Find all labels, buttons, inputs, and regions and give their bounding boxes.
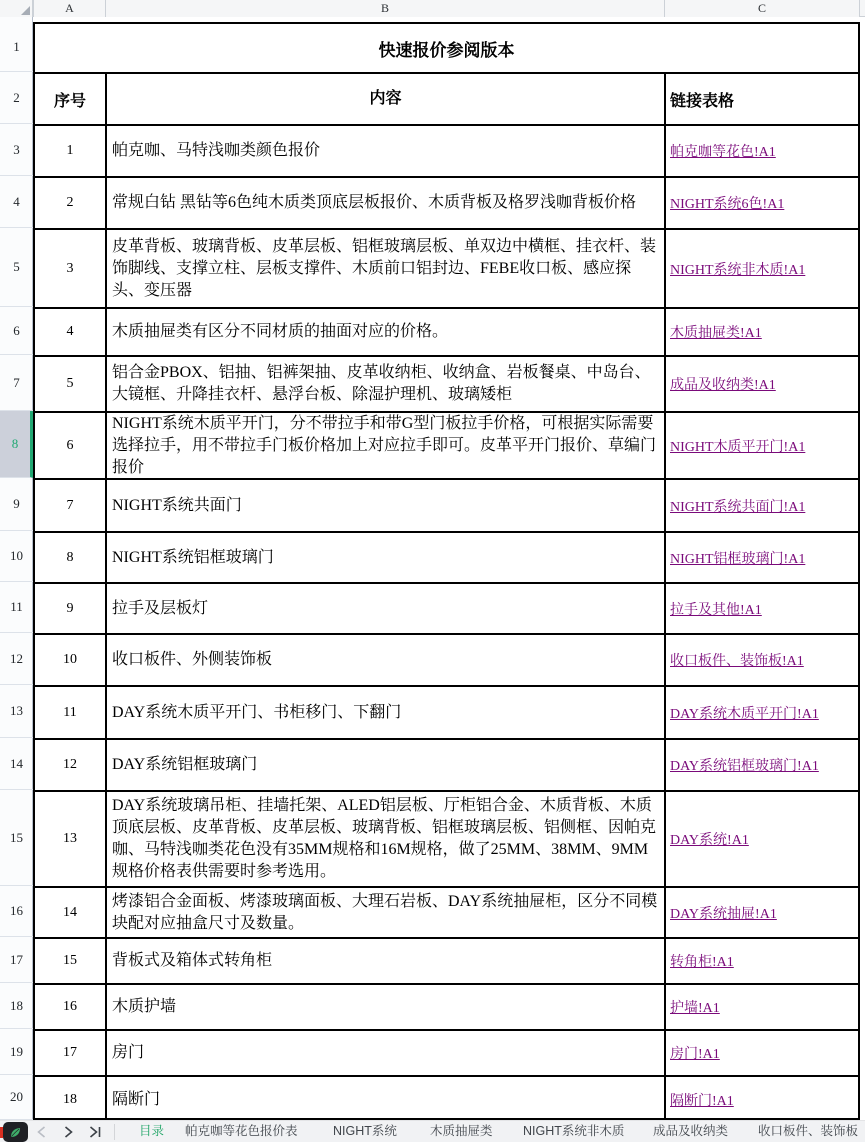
table-row: 6NIGHT系统木质平开门，分不带拉手和带G型门板拉手价格，可根据实际需要选择拉…	[35, 413, 858, 480]
header-cell-link[interactable]: 链接表格	[666, 74, 858, 124]
link-cell[interactable]: NIGHT系统共面门!A1	[666, 480, 858, 531]
row-header-16[interactable]: 16	[0, 886, 33, 937]
row-header-12[interactable]: 12	[0, 633, 33, 685]
header-cell-seq[interactable]: 序号	[35, 74, 107, 124]
content-cell[interactable]: 背板式及箱体式转角柜	[107, 939, 666, 983]
link-cell[interactable]: NIGHT铝框玻璃门!A1	[666, 533, 858, 582]
sheet-link[interactable]: 转角柜!A1	[670, 951, 734, 971]
sheet-link[interactable]: NIGHT系统6色!A1	[670, 193, 784, 213]
table-row: 9拉手及层板灯拉手及其他!A1	[35, 584, 858, 635]
table-row: 14烤漆铝合金面板、烤漆玻璃面板、大理石岩板、DAY系统抽屉柜，区分不同模块配对…	[35, 888, 858, 939]
link-cell[interactable]: NIGHT系统6色!A1	[666, 178, 858, 228]
seq-cell[interactable]: 7	[35, 480, 107, 531]
sheet-tab-active-catalog[interactable]: 目录	[139, 1121, 164, 1142]
link-cell[interactable]: DAY系统!A1	[666, 792, 858, 886]
content-cell[interactable]: 常规白钻 黑钻等6色纯木质类顶底层板报价、木质背板及格罗浅咖背板价格	[107, 178, 666, 228]
sheet-link[interactable]: 成品及收纳类!A1	[670, 374, 776, 394]
seq-cell[interactable]: 4	[35, 309, 107, 355]
content-cell[interactable]: 房门	[107, 1031, 666, 1075]
seq-cell[interactable]: 13	[35, 792, 107, 886]
column-header-a[interactable]: A	[33, 0, 105, 17]
row-header-4[interactable]: 4	[0, 176, 33, 228]
sheet-link[interactable]: NIGHT系统共面门!A1	[670, 496, 805, 516]
sheet-link[interactable]: 房门!A1	[670, 1043, 720, 1063]
select-all-corner[interactable]	[0, 0, 33, 17]
row-header-1[interactable]: 1	[0, 22, 33, 72]
sheet-link[interactable]: DAY系统!A1	[670, 829, 749, 849]
seq-cell[interactable]: 15	[35, 939, 107, 983]
content-cell[interactable]: 收口板件、外侧装饰板	[107, 635, 666, 685]
table-row: 7NIGHT系统共面门NIGHT系统共面门!A1	[35, 480, 858, 533]
sheet-tab-6[interactable]: 收口板件、装饰板	[758, 1121, 858, 1142]
content-cell[interactable]: NIGHT系统铝框玻璃门	[107, 533, 666, 582]
table-row: 4木质抽屉类有区分不同材质的抽面对应的价格。木质抽屉类!A1	[35, 309, 858, 357]
seq-cell[interactable]: 10	[35, 635, 107, 685]
row-header-9[interactable]: 9	[0, 478, 33, 531]
content-cell[interactable]: 皮革背板、玻璃背板、皮革层板、铝框玻璃层板、单双边中横框、挂衣杆、装饰脚线、支撑…	[107, 230, 666, 307]
row-header-18[interactable]: 18	[0, 983, 33, 1029]
content-cell[interactable]: 隔断门	[107, 1077, 666, 1122]
sheet-tab-3[interactable]: 木质抽屉类	[430, 1121, 493, 1142]
link-cell[interactable]: 隔断门!A1	[666, 1077, 858, 1122]
sheet-link[interactable]: 木质抽屉类!A1	[670, 322, 762, 342]
row-header-5[interactable]: 5	[0, 228, 33, 307]
seq-cell[interactable]: 1	[35, 126, 107, 176]
content-cell[interactable]: 帕克咖、马特浅咖类颜色报价	[107, 126, 666, 176]
row-header-17[interactable]: 17	[0, 937, 33, 983]
column-header-b[interactable]: B	[105, 0, 664, 17]
row-header-3[interactable]: 3	[0, 124, 33, 176]
sheet-tab-5[interactable]: 成品及收纳类	[653, 1121, 728, 1142]
link-cell[interactable]: 拉手及其他!A1	[666, 584, 858, 633]
row-header-10[interactable]: 10	[0, 531, 33, 582]
seq-cell[interactable]: 6	[35, 413, 107, 478]
seq-cell[interactable]: 3	[35, 230, 107, 307]
chevron-left-icon	[36, 1126, 47, 1138]
seq-cell[interactable]: 5	[35, 357, 107, 411]
table-row: 17房门房门!A1	[35, 1031, 858, 1077]
seq-cell[interactable]: 18	[35, 1077, 107, 1122]
table-row: 2常规白钻 黑钻等6色纯木质类顶底层板报价、木质背板及格罗浅咖背板价格NIGHT…	[35, 178, 858, 230]
content-cell[interactable]: DAY系统玻璃吊柜、挂墙托架、ALED铝层板、厅柜铝合金、木质背板、木质顶底层板…	[107, 792, 666, 886]
content-cell[interactable]: 烤漆铝合金面板、烤漆玻璃面板、大理石岩板、DAY系统抽屉柜，区分不同模块配对应抽…	[107, 888, 666, 937]
row-header-19[interactable]: 19	[0, 1029, 33, 1075]
sheet-link[interactable]: 帕克咖等花色!A1	[670, 141, 776, 161]
content-cell[interactable]: 拉手及层板灯	[107, 584, 666, 633]
sheet-link[interactable]: 护墙!A1	[670, 997, 720, 1017]
content-cell[interactable]: 木质抽屉类有区分不同材质的抽面对应的价格。	[107, 309, 666, 355]
table-row: 8NIGHT系统铝框玻璃门NIGHT铝框玻璃门!A1	[35, 533, 858, 584]
table-title-cell[interactable]: 快速报价参阅版本	[35, 24, 858, 74]
table-row: 18隔断门隔断门!A1	[35, 1077, 858, 1122]
sheet-tab-bar: 目录 帕克咖等花色报价表NIGHT系统木质抽屉类NIGHT系统非木质成品及收纳类…	[0, 1120, 865, 1142]
seq-cell[interactable]: 16	[35, 985, 107, 1029]
content-cell[interactable]: NIGHT系统木质平开门，分不带拉手和带G型门板拉手价格，可根据实际需要选择拉手…	[107, 413, 666, 478]
content-cell[interactable]: NIGHT系统共面门	[107, 480, 666, 531]
row-header-7[interactable]: 7	[0, 355, 33, 411]
row-header-13[interactable]: 13	[0, 685, 33, 738]
last-sheet-button[interactable]	[88, 1121, 103, 1142]
select-all-triangle-icon	[21, 6, 30, 15]
seq-cell[interactable]: 2	[35, 178, 107, 228]
link-cell[interactable]: NIGHT系统非木质!A1	[666, 230, 858, 307]
sheet-link[interactable]: NIGHT系统非木质!A1	[670, 259, 805, 279]
row-header-11[interactable]: 11	[0, 582, 33, 633]
row-header-2[interactable]: 2	[0, 72, 33, 124]
seq-cell[interactable]: 11	[35, 687, 107, 738]
prev-sheet-button[interactable]	[36, 1121, 47, 1142]
sheet-link[interactable]: NIGHT铝框玻璃门!A1	[670, 548, 805, 568]
row-header-20[interactable]: 20	[0, 1075, 33, 1120]
link-cell[interactable]: 木质抽屉类!A1	[666, 309, 858, 355]
link-cell[interactable]: 房门!A1	[666, 1031, 858, 1075]
row-header-6[interactable]: 6	[0, 307, 33, 355]
table-row: 序号内容链接表格	[35, 74, 858, 126]
seq-cell[interactable]: 9	[35, 584, 107, 633]
row-header-column: 1234567891011121314151617181920	[0, 17, 33, 1120]
wps-logo-button[interactable]	[3, 1122, 28, 1142]
seq-cell[interactable]: 12	[35, 740, 107, 790]
seq-cell[interactable]: 14	[35, 888, 107, 937]
table-row: 3皮革背板、玻璃背板、皮革层板、铝框玻璃层板、单双边中横框、挂衣杆、装饰脚线、支…	[35, 230, 858, 309]
tab-bar-separator	[114, 1124, 115, 1140]
table-row: 10收口板件、外侧装饰板收口板件、装饰板!A1	[35, 635, 858, 687]
table-row: 11DAY系统木质平开门、书柜移门、下翻门DAY系统木质平开门!A1	[35, 687, 858, 740]
header-cell-content[interactable]: 内容	[107, 74, 666, 124]
table-row: 16木质护墙护墙!A1	[35, 985, 858, 1031]
sheet-link[interactable]: 拉手及其他!A1	[670, 599, 762, 619]
sheet-tab-4[interactable]: NIGHT系统非木质	[523, 1121, 624, 1142]
link-cell[interactable]: 收口板件、装饰板!A1	[666, 635, 858, 685]
row-header-15[interactable]: 15	[0, 790, 33, 886]
sheet-link[interactable]: NIGHT木质平开门!A1	[670, 436, 805, 456]
sheet-link[interactable]: DAY系统木质平开门!A1	[670, 703, 819, 723]
content-cell[interactable]: 铝合金PBOX、铝抽、铝裤架抽、皮革收纳柜、收纳盒、岩板餐桌、中岛台、大镜框、升…	[107, 357, 666, 411]
table-row: 13DAY系统玻璃吊柜、挂墙托架、ALED铝层板、厅柜铝合金、木质背板、木质顶底…	[35, 792, 858, 888]
content-cell[interactable]: DAY系统木质平开门、书柜移门、下翻门	[107, 687, 666, 738]
table-row: 12DAY系统铝框玻璃门DAY系统铝框玻璃门!A1	[35, 740, 858, 792]
link-cell[interactable]: 转角柜!A1	[666, 939, 858, 983]
sheet-tab-2[interactable]: NIGHT系统	[333, 1121, 397, 1142]
link-cell[interactable]: 帕克咖等花色!A1	[666, 126, 858, 176]
seq-cell[interactable]: 17	[35, 1031, 107, 1075]
leaf-icon	[9, 1126, 22, 1139]
seq-cell[interactable]: 8	[35, 533, 107, 582]
content-cell[interactable]: DAY系统铝框玻璃门	[107, 740, 666, 790]
sheet-link[interactable]: DAY系统抽屉!A1	[670, 903, 777, 923]
link-cell[interactable]: 成品及收纳类!A1	[666, 357, 858, 411]
link-cell[interactable]: DAY系统抽屉!A1	[666, 888, 858, 937]
content-cell[interactable]: 木质护墙	[107, 985, 666, 1029]
column-header-c[interactable]: C	[664, 0, 860, 17]
column-header-strip: A B C	[0, 0, 865, 17]
table-row: 5铝合金PBOX、铝抽、铝裤架抽、皮革收纳柜、收纳盒、岩板餐桌、中岛台、大镜框、…	[35, 357, 858, 413]
sheet-tab-1[interactable]: 帕克咖等花色报价表	[185, 1121, 298, 1142]
link-cell[interactable]: NIGHT木质平开门!A1	[666, 413, 858, 478]
link-cell[interactable]: 护墙!A1	[666, 985, 858, 1029]
row-header-14[interactable]: 14	[0, 738, 33, 790]
row-header-8[interactable]: 8	[0, 411, 33, 478]
next-sheet-button[interactable]	[63, 1121, 74, 1142]
chevron-right-icon	[63, 1126, 74, 1138]
sheet-link[interactable]: DAY系统铝框玻璃门!A1	[670, 755, 819, 775]
sheet-link[interactable]: 隔断门!A1	[670, 1090, 734, 1110]
sheet-link[interactable]: 收口板件、装饰板!A1	[670, 650, 804, 670]
link-cell[interactable]: DAY系统铝框玻璃门!A1	[666, 740, 858, 790]
quotation-table: 快速报价参阅版本序号内容链接表格1帕克咖、马特浅咖类颜色报价帕克咖等花色!A12…	[33, 22, 860, 1120]
table-row: 1帕克咖、马特浅咖类颜色报价帕克咖等花色!A1	[35, 126, 858, 178]
chevron-last-icon	[88, 1126, 103, 1138]
link-cell[interactable]: DAY系统木质平开门!A1	[666, 687, 858, 738]
table-row: 15背板式及箱体式转角柜转角柜!A1	[35, 939, 858, 985]
